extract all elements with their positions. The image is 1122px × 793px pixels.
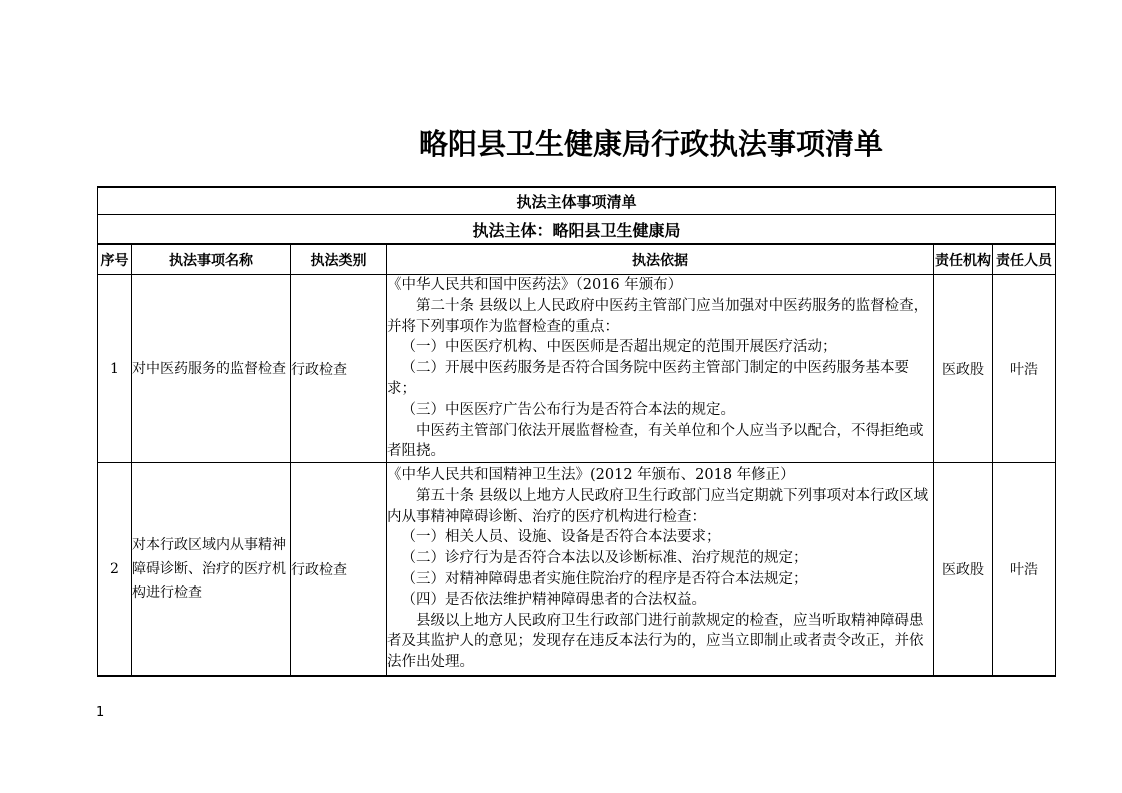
basis-paragraph: （一）相关人员、设施、设备是否符合本法要求； [387, 527, 933, 548]
basis-paragraph: 第五十条 县级以上地方人民政府卫生行政部门应当定期就下列事项对本行政区域内从事精… [387, 486, 933, 528]
table-row: 2 对本行政区域内从事精神障碍诊断、治疗的医疗机构进行检查 行政检查 《中华人民… [98, 463, 1056, 676]
column-header-row: 序号 执法事项名称 执法类别 执法依据 责任机构 责任人员 [98, 244, 1056, 275]
enforcement-subject: 执法主体：略阳县卫生健康局 [98, 215, 1056, 245]
basis-paragraph: （三）中医医疗广告公布行为是否符合本法的规定。 [387, 400, 933, 421]
table-title-row: 执法主体事项清单 [98, 187, 1056, 215]
basis-paragraph: 《中华人民共和国中医药法》（2016 年颁布） [387, 275, 933, 296]
enforcement-subject-row: 执法主体：略阳县卫生健康局 [98, 215, 1056, 245]
col-header-agency: 责任机构 [934, 244, 993, 275]
row-agency: 医政股 [934, 463, 993, 676]
page-title: 略阳县卫生健康局行政执法事项清单 [0, 124, 1122, 164]
row-category: 行政检查 [291, 275, 387, 463]
col-header-seq: 序号 [98, 244, 132, 275]
basis-paragraph: （一）中医医疗机构、中医医师是否超出规定的范围开展医疗活动； [387, 337, 933, 358]
row-category: 行政检查 [291, 463, 387, 676]
basis-paragraph: 中医药主管部门依法开展监督检查，有关单位和个人应当予以配合，不得拒绝或者阻挠。 [387, 421, 933, 463]
basis-paragraph: （三）对精神障碍患者实施住院治疗的程序是否符合本法规定； [387, 569, 933, 590]
row-agency: 医政股 [934, 275, 993, 463]
enforcement-items-table: 执法主体事项清单 执法主体：略阳县卫生健康局 序号 执法事项名称 执法类别 执法… [97, 186, 1056, 677]
page-number: 1 [96, 705, 104, 720]
col-header-category: 执法类别 [291, 244, 387, 275]
col-header-basis: 执法依据 [387, 244, 934, 275]
row-name: 对本行政区域内从事精神障碍诊断、治疗的医疗机构进行检查 [132, 463, 291, 676]
row-person: 叶浩 [993, 275, 1056, 463]
col-header-name: 执法事项名称 [132, 244, 291, 275]
basis-paragraph: （四）是否依法维护精神障碍患者的合法权益。 [387, 590, 933, 611]
table-title: 执法主体事项清单 [98, 187, 1056, 215]
basis-paragraph: 县级以上地方人民政府卫生行政部门进行前款规定的检查，应当听取精神障碍患者及其监护… [387, 611, 933, 673]
row-person: 叶浩 [993, 463, 1056, 676]
row-seq: 2 [98, 463, 132, 676]
document-page: 略阳县卫生健康局行政执法事项清单 执法主体事项清单 执法主体：略阳县卫生健康局 … [0, 0, 1122, 793]
row-basis: 《中华人民共和国精神卫生法》(2012 年颁布、2018 年修正）第五十条 县级… [387, 463, 934, 676]
row-basis: 《中华人民共和国中医药法》（2016 年颁布）第二十条 县级以上人民政府中医药主… [387, 275, 934, 463]
row-name: 对中医药服务的监督检查 [132, 275, 291, 463]
basis-paragraph: 《中华人民共和国精神卫生法》(2012 年颁布、2018 年修正） [387, 465, 933, 486]
basis-paragraph: 第二十条 县级以上人民政府中医药主管部门应当加强对中医药服务的监督检查，并将下列… [387, 296, 933, 338]
row-seq: 1 [98, 275, 132, 463]
col-header-person: 责任人员 [993, 244, 1056, 275]
table-row: 1 对中医药服务的监督检查 行政检查 《中华人民共和国中医药法》（2016 年颁… [98, 275, 1056, 463]
basis-paragraph: （二）开展中医药服务是否符合国务院中医药主管部门制定的中医药服务基本要求； [387, 358, 933, 400]
basis-paragraph: （二）诊疗行为是否符合本法以及诊断标准、治疗规范的规定； [387, 548, 933, 569]
